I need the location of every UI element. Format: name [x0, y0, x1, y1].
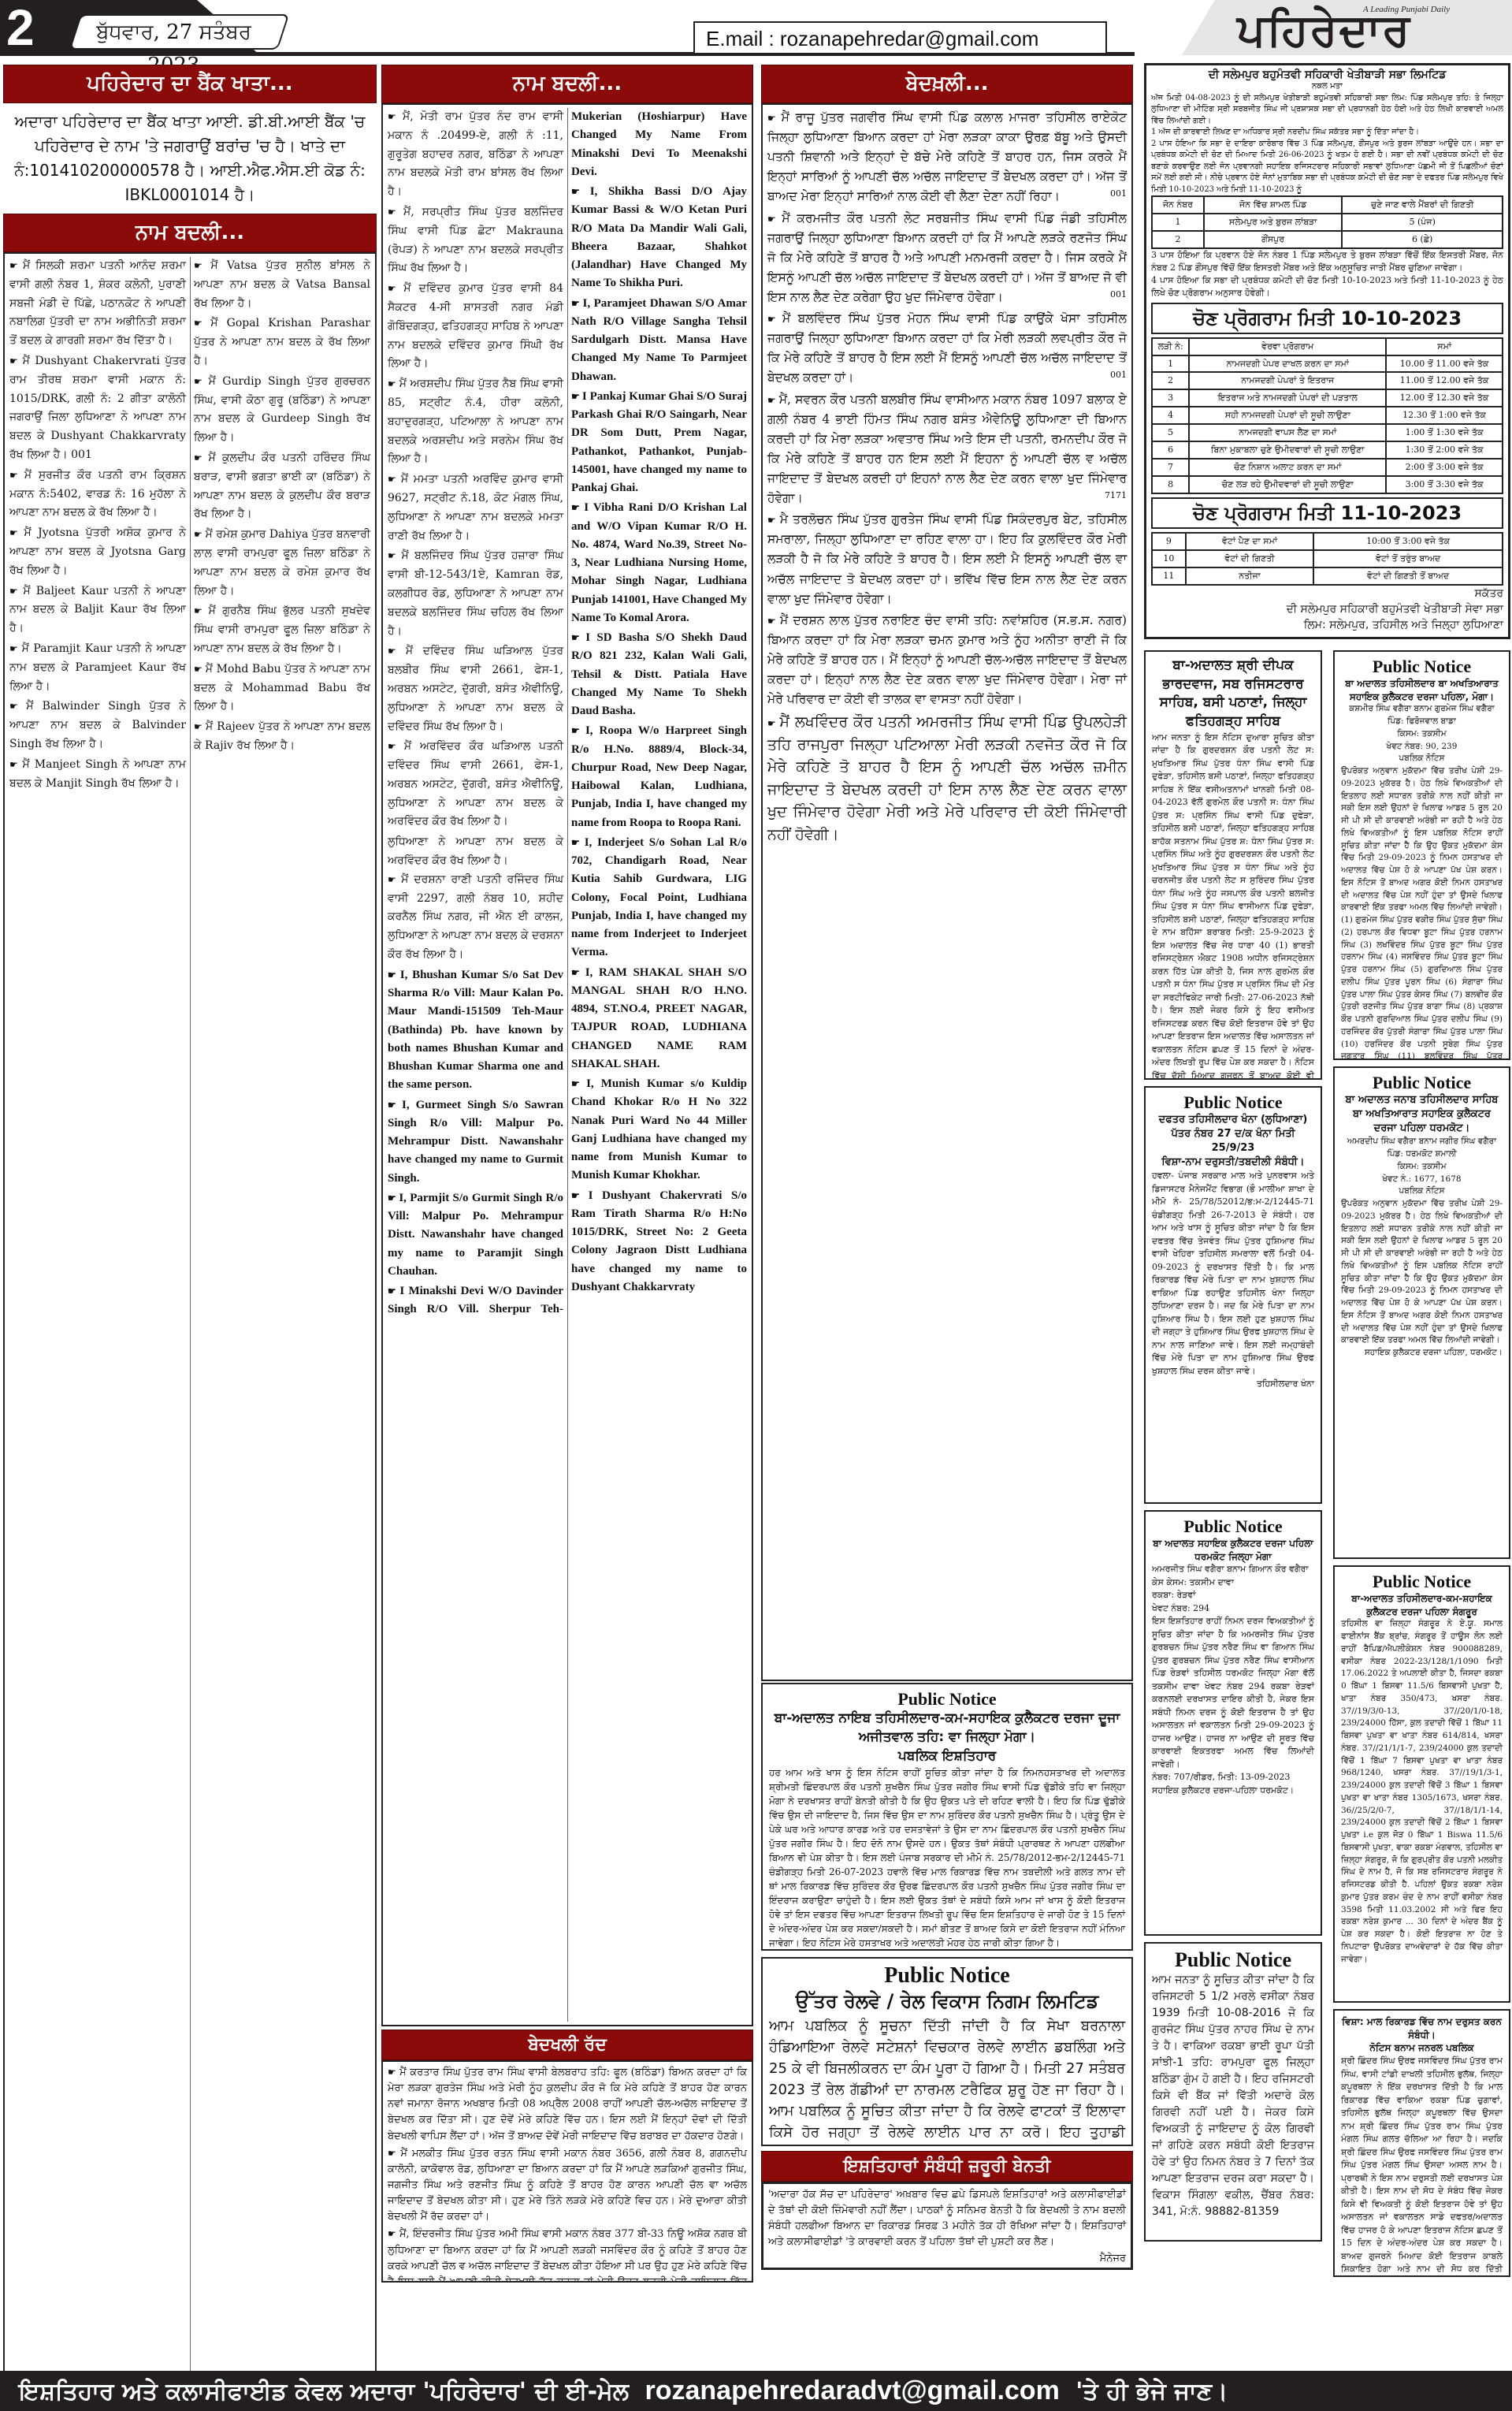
notice-case: ਅਮਰਜੀਤ ਸਿੰਘ ਵਗੈਰਾ ਬਨਾਮ ਗਿਆਨ ਕੌਰ ਵਗੈਰਾ — [1152, 1563, 1314, 1576]
list-item: ਮੈਂ ਮਮਤਾ ਪਤਨੀ ਅਰਵਿੰਦ ਕੁਮਾਰ ਵਾਸੀ 9627, ਸਟ… — [388, 471, 563, 545]
list-item: ਮੈਂ ਅਰਵਿੰਦਰ ਕੌਰ ਘੜਿਆਲ ਪਤਨੀ ਦਵਿੰਦਰ ਸਿੰਘ ਵ… — [388, 738, 563, 832]
list-item: ਮੈਂ ਦਰਸ਼ਨ ਲਾਲ ਪੁੱਤਰ ਨਰਾਇਣ ਚੰਦ ਵਾਸੀ ਤਹਿ: … — [767, 611, 1127, 710]
notice-body: ਇਸ ਇਸ਼ਤਿਹਾਰ ਰਾਹੀਂ ਨਿਮਨ ਦਰਜ ਵਿਅਕਤੀਆਂ ਨੂੰ … — [1152, 1615, 1314, 1771]
cooperative-sign: ਸਕੱਤਰ — [1151, 586, 1503, 601]
notice-heading: ਪਬਲਿਕ ਇਸ਼ਤਿਹਾਰ — [769, 1747, 1125, 1766]
notice-body: ਹਰ ਆਮ ਅਤੇ ਖਾਸ ਨੂੰ ਇਸ ਨੋਟਿਸ ਰਾਹੀਂ ਸੂਚਿਤ ਕ… — [769, 1765, 1125, 1950]
list-item-english: I, Shikha Bassi D/O Ajay Kumar Bassi & W… — [571, 183, 747, 293]
notice-case: ਕਸ਼ਮੀਰ ਸਿੰਘ ਵਗੈਰਾ ਬਨਾਮ ਗੁਰਮੇਜ ਸਿੰਘ ਵਗੈਰਾ — [1341, 703, 1503, 716]
notice-title: Public Notice — [769, 1689, 1125, 1710]
cooperative-notice: ਦੀ ਸਲੇਮਪੁਰ ਬਹੁਮੰਤਵੀ ਸਹਿਕਾਰੀ ਖੇਤੀਬਾੜੀ ਸਭਾ… — [1144, 63, 1510, 639]
program-title-1: ਚੋਣ ਪ੍ਰੋਗਰਾਮ ਮਿਤੀ 10-10-2023 — [1151, 303, 1503, 334]
notice-type: ਕੇਸ ਕੇਸਮ: ਤਕਸੀਮ ਦਾਵਾ — [1152, 1576, 1314, 1590]
newspaper-tagline: A Leading Punjabi Daily — [1363, 5, 1450, 14]
list-item: ਮੈਂ ਕੁਲਦੀਪ ਕੌਰ ਪਤਨੀ ਹਰਿੰਦਰ ਸਿੰਘ ਬਰਾੜ, ਵਾ… — [194, 449, 370, 524]
notice-sangrur: Public Notice ਬਾ-ਅਦਾਲਤ ਤਹਿਸੀਲਦਾਰ-ਕਮ-ਸ਼ਹਾ… — [1333, 1565, 1510, 2003]
notice-type: ਕਿਸਮ: ਤਕਸੀਮ — [1341, 728, 1503, 741]
disclaimer-header: ਇਸ਼ਤਿਹਾਰਾਂ ਸੰਬੰਧੀ ਜ਼ਰੂਰੀ ਬੇਨਤੀ — [761, 2151, 1133, 2182]
notice-body: ਆਮ ਜਨਤਾ ਨੂੰ ਸੂਚਿਤ ਕੀਤਾ ਜਾਂਦਾ ਹੈ ਕਿ ਰਜਿਸਟ… — [1152, 1972, 1314, 2220]
notice-title: Public Notice — [1341, 657, 1503, 677]
list-item: ਮੈਂ Balwinder Singh ਪੁੱਤਰ ਨੇ ਆਪਣਾ ਨਾਮ ਬਦ… — [9, 698, 186, 753]
notice-title: Public Notice — [769, 1963, 1125, 1989]
name-change-header-2: ਨਾਮ ਬਦਲੀ... — [381, 65, 753, 103]
list-item-english: I, Gurmeet Singh S/o Sawran Singh R/o Vi… — [388, 1096, 563, 1188]
notice-subtitle: ਬਾ ਅਦਾਲਤ ਜਨਾਬ ਤਹਿਸੀਲਦਾਰ ਸਾਹਿਬ ਬਾ ਅਖਤਿਆਰਾ… — [1341, 1093, 1503, 1137]
program-title-2: ਚੋਣ ਪ੍ਰੋਗਰਾਮ ਮਿਤੀ 11-10-2023 — [1151, 497, 1503, 529]
list-item: ਮੈਂ ਅਰਸ਼ਦੀਪ ਸਿੰਘ ਪੁੱਤਰ ਨੈਬ ਸਿੰਘ ਵਾਸੀ 85,… — [388, 375, 563, 469]
notice-area: ਰਕਬਾ: ਰੇੜਵਾਂ — [1152, 1589, 1314, 1602]
notice-title: Public Notice — [1152, 1516, 1314, 1537]
list-item: ਮੈਂ ਦਵਿੰਦਰ ਕੁਮਾਰ ਪੁੱਤਰ ਵਾਸੀ 84 ਸੈਕਟਰ 4-ਸ… — [388, 280, 563, 374]
notice-type: ਕਿਸਮ: ਤਕਸੀਮ — [1341, 1161, 1503, 1174]
list-item: ਮੈਂ ਬਲਵਿੰਦਰ ਸਿੰਘ ਪੁੱਤਰ ਮੋਹਨ ਸਿੰਘ ਵਾਸੀ ਪਿ… — [767, 309, 1127, 388]
list-item: ਮੈਂ ਕਰਮਜੀਤ ਕੌਰ ਪਤਨੀ ਲੇਟ ਸਰਬਜੀਤ ਸਿੰਘ ਵਾਸੀ… — [767, 209, 1127, 308]
ad-code: 001 — [1110, 368, 1127, 382]
notice-title: Public Notice — [1341, 1572, 1503, 1592]
table-row: 8ਚੋਣ ਲੜ ਰਹੇ ਉਮੀਦਵਾਰਾਂ ਦੀ ਸੂਚੀ ਲਾਉਣਾ3:00 … — [1152, 476, 1503, 493]
cancellation-header: ਬੇਦਖਲੀ ਰੱਦ — [381, 2030, 753, 2060]
list-item: ਮੈਂ ਸੁਰਜੀਤ ਕੌਰ ਪਤਨੀ ਰਾਮ ਕ੍ਰਿਸ਼ਨ ਮਕਾਨ ਨੰ:… — [9, 467, 186, 523]
table-row: 4ਸਹੀ ਨਾਮਜਦਗੀ ਪੇਪਰਾਂ ਦੀ ਸੂਚੀ ਲਾਉਣਾ12.30 ਤ… — [1152, 407, 1503, 424]
notice-sign: ਤਹਿਸੀਲਦਾਰ ਖੰਨਾ — [1152, 1378, 1314, 1391]
date-banner: ਬੁੱਧਵਾਰ, 27 ਸਤੰਬਰ 2023 — [69, 14, 290, 50]
footer-banner: ਇਸ਼ਤਿਹਾਰ ਅਤੇ ਕਲਾਸੀਫਾਈਡ ਕੇਵਲ ਅਦਾਰਾ 'ਪਹਿਰੇ… — [0, 2371, 1512, 2411]
list-item: ਮੈ ਤਰਲੋਚਨ ਸਿੰਘ ਪੁੱਤਰ ਗੁਰਤੇਜ ਸਿੰਘ ਵਾਸੀ ਪਿ… — [767, 510, 1127, 609]
notice-village: ਪਿੰਡ: ਧਰਮਕੋਟ ਸ਼ਮਾਲੀ — [1341, 1148, 1503, 1161]
list-item-english: I, Munish Kumar s/o Kuldip Chand Khokar … — [571, 1075, 747, 1185]
notice-subject: ਵਿਸ਼ਾ-ਨਾਮ ਦਰੁਸਤੀ/ਤਬਦੀਲੀ ਸੰਬੰਧੀ। — [1152, 1155, 1314, 1170]
list-item: ਮੈਂ ਕਰਤਾਰ ਸਿੰਘ ਪੁੱਤਰ ਰਾਮ ਸਿੰਘ ਵਾਸੀ ਬੇਲਬਰ… — [388, 2065, 747, 2145]
cooperative-intro: ਅੱਜ ਮਿਤੀ 04-08-2023 ਨੂੰ ਦੀ ਸਲੇਮਪੁਰ ਖੇਤੀਬ… — [1151, 93, 1503, 128]
notice-heading: ਨੋਟਿਸ ਬਨਾਮ ਜਨਰਲ ਪਬਲਿਕ — [1341, 2041, 1503, 2055]
table-header-row: ਜੋਨ ਨੰਬਰ ਜੋਨ ਵਿੱਚ ਸ਼ਾਮਲ ਪਿੰਡ ਚੁਣੇ ਜਾਣ ਵਾ… — [1152, 196, 1503, 214]
ad-code: 001 — [1110, 187, 1127, 201]
bank-account-text: ਅਦਾਰਾ ਪਹਿਰੇਦਾਰ ਦਾ ਬੈਂਕ ਖਾਤਾ ਆਈ. ਡੀ.ਬੀ.ਆਈ… — [3, 103, 377, 214]
notice-ajitwal: Public Notice ਬਾ-ਅਦਾਲਤ ਨਾਇਬ ਤਹਿਸੀਲਦਾਰ-ਕਮ… — [761, 1683, 1133, 1951]
notice-title: ਬਾ-ਅਦਾਲਤ ਸ਼੍ਰੀ ਦੀਪਕ ਭਾਰਦਵਾਜ, ਸਬ ਰਜਿਸਟਰਾਰ… — [1152, 657, 1314, 731]
list-item-english: I Vibha Rani D/O Krishan Lal and W/O Vip… — [571, 499, 747, 627]
list-item: ਮੈਂ Jyotsna ਪੁੱਤਰੀ ਅਸ਼ੋਕ ਕੁਮਾਰ ਨੇ ਆਪਣਾ ਨ… — [9, 524, 186, 580]
notice-dharamkot: Public Notice ਬਾ ਅਦਾਲਤ ਜਨਾਬ ਤਹਿਸੀਲਦਾਰ ਸਾ… — [1333, 1066, 1510, 1559]
column-bank-name-change: ਪਹਿਰੇਦਾਰ ਦਾ ਬੈਂਕ ਖਾਤਾ... ਅਦਾਰਾ ਪਹਿਰੇਦਾਰ … — [3, 65, 377, 2400]
list-item-english: I, Bhushan Kumar S/o Sat Dev Sharma R/o … — [388, 966, 563, 1095]
footer-text-end: 'ਤੇ ਹੀ ਭੇਜੇ ਜਾਣ। — [1075, 2378, 1228, 2405]
notice-rorewan: Public Notice ਬਾ ਅਦਾਲਤ ਸਹਾਇਕ ਕੁਲੈਕਟਰ ਦਰਜ… — [1144, 1510, 1322, 1936]
notice-subtitle: ਉੱਤਰ ਰੇਲਵੇ / ਰੇਲ ਵਿਕਾਸ ਨਿਗਮ ਲਿਮਟਿਡ — [769, 1989, 1125, 2015]
notice-body: ਉਪਰੋਕਤ ਅਨੁਵਾਨ ਮੁਕੱਦਮਾ ਵਿੱਚ ਤਰੀਖ ਪੇਸ਼ੀ 29… — [1341, 765, 1503, 1060]
list-item: ਮੈਂ ਮਲਕੀਤ ਸਿੰਘ ਪੁੱਤਰ ਰਤਨ ਸਿੰਘ ਵਾਸੀ ਮਕਾਨ … — [388, 2146, 747, 2226]
notice-body: ਤਹਿਸੀਲ ਵਾ ਜ਼ਿਲ੍ਹਾ ਸੰਗਰੂਰ ਨੇ ਏ.ਯੂ. ਸਮਾਲ ਫ… — [1341, 1618, 1503, 1966]
footer-email[interactable]: rozanapehredaradvt@gmail.com — [645, 2376, 1060, 2405]
program-table-2: 9ਵੋਟਾਂ ਪੈਣ ਦਾ ਸਮਾਂ10:00 ਤੋਂ 3:00 ਵਜੇ ਤੱਕ… — [1151, 532, 1503, 586]
masthead-email[interactable]: E.mail : rozanapehredar@gmail.com — [693, 21, 1107, 54]
disclaimer-body: 'ਅਦਾਰਾ ਹੱਕ ਸੱਚ ਦਾ ਪਹਿਰੇਦਾਰ' ਅਖ਼ਬਾਰ ਵਿਚ ਛ… — [768, 2187, 1126, 2251]
footer-text: ਇਸ਼ਤਿਹਾਰ ਅਤੇ ਕਲਾਸੀਫਾਈਡ ਕੇਵਲ ਅਦਾਰਾ 'ਪਹਿਰੇ… — [19, 2378, 629, 2405]
list-item: ਮੈਂ Gurdip Singh ਪੁੱਤਰ ਗੁਰਚਰਨ ਸਿੰਘ, ਵਾਸੀ… — [194, 373, 370, 448]
notice-ref: ਨੰਬਰ: 707/ਰੀਡਰ, ਮਿਤੀ: 13-09-2023 — [1152, 1771, 1314, 1784]
disclaimer-sign: ਮੈਨੇਜਰ — [768, 2251, 1126, 2267]
zone-table: ਜੋਨ ਨੰਬਰ ਜੋਨ ਵਿੱਚ ਸ਼ਾਮਲ ਪਿੰਡ ਚੁਣੇ ਜਾਣ ਵਾ… — [1151, 195, 1503, 249]
notice-subtitle: ਬਾ-ਅਦਾਲਤ ਤਹਿਸੀਲਦਾਰ-ਕਮ-ਸ਼ਹਾਇਕ ਕੁਲੈਕਟਰ ਦਰਜ… — [1341, 1592, 1503, 1619]
notice-letter: ਪੱਤਰ ਨੰਬਰ 27 ਦ/ਕ ਖੰਨਾ ਮਿਤੀ 25/9/23 — [1152, 1127, 1314, 1155]
notice-subtitle: ਬਾ-ਅਦਾਲਤ ਨਾਇਬ ਤਹਿਸੀਲਦਾਰ-ਕਮ-ਸਹਾਇਕ ਕੁਲੈਕਟਰ… — [769, 1710, 1125, 1747]
program-table-1: ਲੜੀ ਨੰ: ਵੇਰਵਾ ਪ੍ਰੋਗਰਾਮ ਸਮਾਂ 1ਨਾਮਜਦਗੀ ਪੇਪ… — [1151, 337, 1503, 494]
notice-moga: Public Notice ਬਾ ਅਦਾਲਤ ਤਹਿਸੀਲਦਾਰ ਬਾ ਅਖਤਿ… — [1333, 650, 1510, 1060]
list-item: ਮੈਂ, ਸਰਪ੍ਰੀਤ ਸਿੰਘ ਪੁੱਤਰ ਬਲਜਿੰਦਰ ਸਿੰਘ ਵਾਸ… — [388, 203, 563, 278]
notice-kapurthala: ਵਿਸ਼ਾ: ਮਾਲ ਰਿਕਾਰਡ ਵਿੱਚ ਨਾਮ ਦਰੁਸਤ ਕਰਨ ਸੰਬ… — [1333, 2009, 1510, 2277]
name-change-list-2: ਮੈਂ, ਮੋਤੀ ਰਾਮ ਪੁੱਤਰ ਨੰਦ ਰਾਮ ਵਾਸੀ ਮਕਾਨ ਨੰ… — [381, 103, 753, 2026]
notice-ref: ਨੰ: 278/ਰੀਡਰ, ਮਿਤੀ: 25-09-2023 — [769, 1950, 1125, 1951]
column-name-change: ਨਾਮ ਬਦਲੀ... ਮੈਂ, ਮੋਤੀ ਰਾਮ ਪੁੱਤਰ ਨੰਦ ਰਾਮ … — [381, 65, 753, 2283]
disinheritance-header: ਬੇਦਖ਼ਲੀ... — [761, 65, 1133, 103]
list-item-english: I SD Basha S/O Shekh Daud R/O 821 232, K… — [571, 629, 747, 720]
notice-sign: ਸਹਾਇਕ ਕੁਲੈਕਟਰ ਦਰਜਾ ਪਹਿਲਾ, ਧਰਮਕੋਟ। — [1341, 1347, 1503, 1360]
notice-sign: ਸਹਾਇਕ ਕੁਲੈਕਟਰ ਦਰਜਾ-ਪਹਿਲਾ ਧਰਮਕੋਟ। — [1152, 1784, 1314, 1798]
notice-title: Public Notice — [1152, 1092, 1314, 1113]
disclaimer-box: 'ਅਦਾਰਾ ਹੱਕ ਸੱਚ ਦਾ ਪਹਿਰੇਦਾਰ' ਅਖ਼ਬਾਰ ਵਿਚ ਛ… — [761, 2182, 1133, 2270]
name-change-list-1: ਮੈਂ ਸਿਲਕੀ ਸ਼ਰਮਾ ਪਤਨੀ ਆਨੰਦ ਸ਼ਰਮਾ ਵਾਸੀ ਗਲੀ… — [3, 252, 377, 2400]
cooperative-sign: ਲਿਮ: ਸਲੇਮਪੁਰ, ਤਹਿਸੀਲ ਅਤੇ ਜਿਲ੍ਹਾ ਲੁਧਿਆਣਾ — [1151, 617, 1503, 633]
column-disinheritance: ਬੇਦਖ਼ਲੀ... ਮੈਂ ਰਾਜੂ ਪੁੱਤਰ ਜਗਵੀਰ ਸਿੰਘ ਵਾਸ… — [761, 65, 1133, 2270]
notice-khewat: ਖੇਵਟ ਨੰਬਰ: 294 — [1152, 1602, 1314, 1616]
notice-village: ਪਿੰਡ: ਫਿਰੋਜਵਾਲ ਬਾਡਾ — [1341, 716, 1503, 728]
list-item-english: I, RAM SHAKAL SHAH S/O MANGAL SHAH R/O H… — [571, 964, 747, 1074]
list-item: ਮੈਂ Dushyant Chakervrati ਪੁੱਤਰ ਰਾਮ ਤੀਰਥ … — [9, 352, 186, 465]
table-row: 11ਨਤੀਜਾਵੋਟਾਂ ਦੀ ਗਿਣਤੀ ਤੋਂ ਬਾਅਦ — [1152, 567, 1503, 585]
list-item-english: I, Roopa W/o Harpreet Singh R/o H.No. 88… — [571, 722, 747, 832]
list-item: ਲੁਧਿਆਣਾ ਨੇ ਆਪਣਾ ਨਾਮ ਬਦਲ ਕੇ ਅਰਵਿੰਦਰ ਕੌਰ ਰ… — [388, 833, 563, 871]
notice-body: ਆਮ ਜਨਤਾ ਨੂੰ ਇਸ ਨੋਟਿਸ ਦੁਆਰਾ ਸੂਚਿਤ ਕੀਤਾ ਜਾ… — [1152, 731, 1314, 1080]
cooperative-subtitle: ਨਕਲ ਮਤਾ — [1151, 81, 1503, 93]
table-row: 2ਨਾਮਜਦਗੀ ਪੇਪਰਾਂ ਤੇ ਇਤਰਾਜ11.00 ਤੋਂ 12.00 … — [1152, 372, 1503, 389]
notice-bassi-pathana: ਬਾ-ਅਦਾਲਤ ਸ਼੍ਰੀ ਦੀਪਕ ਭਾਰਦਵਾਜ, ਸਬ ਰਜਿਸਟਰਾਰ… — [1144, 650, 1322, 1080]
list-item: ਮੈਂ ਰਾਜੂ ਪੁੱਤਰ ਜਗਵੀਰ ਸਿੰਘ ਵਾਸੀ ਪਿੰਡ ਕਲਾਲ… — [767, 108, 1127, 207]
notice-title: Public Notice — [1152, 1948, 1314, 1972]
list-item-english: I, Paramjeet Dhawan S/O Amar Nath R/O Vi… — [571, 295, 747, 386]
notice-subtitle: ਦਫਤਰ ਤਹਿਸੀਲਦਾਰ ਖੰਨਾ (ਲੁਧਿਆਣਾ) — [1152, 1113, 1314, 1127]
list-item: ਮੈਂ Baljeet Kaur ਪਤਨੀ ਨੇ ਆਪਣਾ ਨਾਮ ਬਦਲ ਕੇ… — [9, 582, 186, 638]
list-item: ਮੈਂ Mohd Babu ਪੁੱਤਰ ਨੇ ਆਪਣਾ ਨਾਮ ਬਦਲ ਕੇ M… — [194, 660, 370, 716]
notice-khanna: Public Notice ਦਫਤਰ ਤਹਿਸੀਲਦਾਰ ਖੰਨਾ (ਲੁਧਿਆ… — [1144, 1086, 1322, 1504]
disinheritance-list: ਮੈਂ ਰਾਜੂ ਪੁੱਤਰ ਜਗਵੀਰ ਸਿੰਘ ਵਾਸੀ ਪਿੰਡ ਕਲਾਲ… — [761, 103, 1133, 1681]
list-item: ਮੈਂ Paramjit Kaur ਪਤਨੀ ਨੇ ਆਪਣਾ ਨਾਮ ਬਦਲ ਕ… — [9, 640, 186, 696]
notice-body: ਹਵਲਾ- ਪੰਜਾਬ ਸਰਕਾਰ ਮਾਲ ਅਤੇ ਪੁਨਰਵਾਸ ਅਤੇ ਡਿ… — [1152, 1170, 1314, 1378]
cancellation-list: ਮੈਂ ਕਰਤਾਰ ਸਿੰਘ ਪੁੱਤਰ ਰਾਮ ਸਿੰਘ ਵਾਸੀ ਬੇਲਬਰ… — [381, 2060, 753, 2283]
list-item: ਮੈਂ, ਇੰਦਰਜੀਤ ਸਿੰਘ ਪੁੱਤਰ ਅਮੀ ਸਿੰਘ ਵਾਸੀ ਮਕ… — [388, 2227, 747, 2283]
ad-code: 001 — [1110, 288, 1127, 302]
notice-heading: ਪਬਲਿਕ ਨੋਟਿਸ — [1341, 753, 1503, 765]
notice-subtitle: ਬਾ ਅਦਾਲਤ ਸਹਾਇਕ ਕੁਲੈਕਟਰ ਦਰਜਾ ਪਹਿਲਾ ਧਰਮਕੋਟ… — [1152, 1537, 1314, 1564]
notice-column-left: ਬਾ-ਅਦਾਲਤ ਸ਼੍ਰੀ ਦੀਪਕ ਭਾਰਦਵਾਜ, ਸਬ ਰਜਿਸਟਰਾਰ… — [1144, 644, 1322, 2277]
list-item: ਮੈਂ Gopal Krishan Parashar ਪੁੱਤਰ ਨੇ ਆਪਣਾ… — [194, 314, 370, 370]
table-row: 2 ਗੌਂਸਪੁਰ 6 (ਛੇ) — [1152, 231, 1503, 248]
list-item-english: I Pankaj Kumar Ghai S/O Suraj Parkash Gh… — [571, 388, 747, 498]
list-item: ਮੈਂ, ਸਵਰਨ ਕੌਰ ਪਤਨੀ ਬਲਬੀਰ ਸਿੰਘ ਵਾਸੀਆਨ ਮਕਾ… — [767, 390, 1127, 509]
list-item: ਮੈਂ ਬਲਜਿੰਦਰ ਸਿੰਘ ਪੁੱਤਰ ਹਜ਼ਾਰਾ ਸਿੰਘ ਵਾਸੀ … — [388, 547, 563, 641]
cooperative-title: ਦੀ ਸਲੇਮਪੁਰ ਬਹੁਮੰਤਵੀ ਸਹਿਕਾਰੀ ਖੇਤੀਬਾੜੀ ਸਭਾ… — [1151, 69, 1503, 81]
list-item-english: I, Parmjit S/o Gurmit Singh R/o Vill: Ma… — [388, 1189, 563, 1281]
list-item: ਮੈਂ ਲਖਵਿੰਦਰ ਕੌਰ ਪਤਨੀ ਅਮਰਜੀਤ ਸਿੰਘ ਵਾਸੀ ਪਿ… — [767, 711, 1127, 846]
cooperative-point: 3 ਪਾਸ ਹੋਇਆ ਕਿ ਪ੍ਰਵਾਨ ਹੋਏ ਜੋਨ ਨੰਬਰ 1 ਪਿੰਡ… — [1151, 249, 1503, 274]
table-row: 1ਨਾਮਜਦਗੀ ਪੇਪਰ ਦਾਖਲ ਕਰਨ ਦਾ ਸਮਾਂ10.00 ਤੋਂ … — [1152, 355, 1503, 373]
list-item: ਮੈਂ, ਮੋਤੀ ਰਾਮ ਪੁੱਤਰ ਨੰਦ ਰਾਮ ਵਾਸੀ ਮਕਾਨ ਨੰ… — [388, 108, 563, 202]
notice-rampura: Public Notice ਆਮ ਜਨਤਾ ਨੂੰ ਸੂਚਿਤ ਕੀਤਾ ਜਾਂ… — [1144, 1942, 1322, 2242]
bank-account-header: ਪਹਿਰੇਦਾਰ ਦਾ ਬੈਂਕ ਖਾਤਾ... — [3, 65, 377, 103]
notice-khewat: ਖੇਵਟ ਨੰਬਰ: 90, 239 — [1341, 741, 1503, 753]
cooperative-point: 4 ਪਾਸ ਹੋਇਆ ਕਿ ਸਭਾ ਦੀ ਪ੍ਰਬੰਧਕ ਕਮੇਟੀ ਦੀ ਚੋ… — [1151, 274, 1503, 300]
cooperative-sign: ਦੀ ਸਲੇਮਪੁਰ ਸਹਿਕਾਰੀ ਬਹੁਮੰਤਵੀ ਖੇਤੀਬਾੜੀ ਸੇਵ… — [1151, 601, 1503, 617]
notice-subtitle: ਬਾ ਅਦਾਲਤ ਤਹਿਸੀਲਦਾਰ ਬਾ ਅਖਤਿਆਰਾਤ ਸਹਾਇਕ ਕੁਲ… — [1341, 677, 1503, 704]
table-row: 3ਇਤਰਾਜ ਅਤੇ ਨਾਮਜਦਗੀ ਪੇਪਰਾਂ ਦੀ ਪੜਤਾਲ12.00 … — [1152, 389, 1503, 407]
ad-code: 7171 — [1105, 489, 1127, 503]
list-item: ਮੈਂ ਗੁਰਨੈਬ ਸਿੰਘ ਭੁੱਲਰ ਪਤਨੀ ਸੁਖਦੇਵ ਸਿੰਘ ਵ… — [194, 602, 370, 658]
cooperative-point: 2 ਪਾਸ ਹੋਇਆ ਕਿ ਸਭਾ ਦੇ ਦਾਇਰਾ ਕਾਰੋਬਾਰ ਵਿੱਚ … — [1151, 139, 1503, 196]
list-item-english: I Dushyant Chakervrati S/o Ram Tirath Sh… — [571, 1187, 747, 1297]
notice-body: ਆਮ ਪਬਲਿਕ ਨੂੰ ਸੂਚਨਾ ਦਿੱਤੀ ਜਾਂਦੀ ਹੈ ਕਿ ਸੇਖ… — [769, 2015, 1125, 2146]
column-public-notices: ਦੀ ਸਲੇਮਪੁਰ ਬਹੁਮੰਤਵੀ ਸਹਿਕਾਰੀ ਖੇਤੀਬਾੜੀ ਸਭਾ… — [1144, 63, 1510, 2277]
list-item: ਮੈਂ Vatsa ਪੁੱਤਰ ਸੁਨੀਲ ਬਾਂਸਲ ਨੇ ਆਪਣਾ ਨਾਮ … — [194, 257, 370, 313]
list-item-english: I, Inderjeet S/o Sohan Lal R/o 702, Chan… — [571, 834, 747, 962]
table-row: 6ਬਿਨਾ ਮੁਕਾਬਲਾ ਚੁਣੇ ਉਮੀਦਵਾਰਾਂ ਦੀ ਸੂਚੀ ਲਾਉ… — [1152, 441, 1503, 459]
table-header-row: ਲੜੀ ਨੰ: ਵੇਰਵਾ ਪ੍ਰੋਗਰਾਮ ਸਮਾਂ — [1152, 338, 1503, 355]
list-item: ਮੈਂ ਦਰਸ਼ਨਾ ਰਾਣੀ ਪਤਨੀ ਰਜਿੰਦਰ ਸਿੰਘ ਵਾਸੀ 22… — [388, 871, 563, 965]
list-item: ਮੈਂ ਦਵਿੰਦਰ ਸਿੰਘ ਘੜਿਆਲ ਪੁੱਤਰ ਬਲਬੀਰ ਸਿੰਘ ਵ… — [388, 642, 563, 736]
notice-heading: ਪਬਲਿਕ ਨੋਟਿਸ — [1341, 1185, 1503, 1198]
notice-grid: ਬਾ-ਅਦਾਲਤ ਸ਼੍ਰੀ ਦੀਪਕ ਭਾਰਦਵਾਜ, ਸਬ ਰਜਿਸਟਰਾਰ… — [1144, 644, 1510, 2277]
cooperative-point: 1 ਅੱਜ ਦੀ ਕਾਰਵਾਈ ਲਿਖਣ ਦਾ ਅਧਿਕਾਰ ਸ੍ਰੀ ਨਰਦੀ… — [1151, 127, 1503, 139]
notice-khewat: ਖੇਵਟ ਨੰ.: 1677, 1678 — [1341, 1174, 1503, 1186]
list-item: ਮੈਂ Rajeev ਪੁੱਤਰ ਨੇ ਆਪਣਾ ਨਾਮ ਬਦਲ ਕੇ Raji… — [194, 718, 370, 756]
masthead: 2 ਬੁੱਧਵਾਰ, 27 ਸਤੰਬਰ 2023 E.mail : rozana… — [0, 0, 1512, 63]
notice-case: ਅਮਰਦੀਪ ਸਿੰਘ ਵਗੈਰਾ ਬਨਾਮ ਜਗੀਰ ਸਿੰਘ ਵਗੈਰਾ — [1341, 1136, 1503, 1148]
table-row: 10ਵੋਟਾਂ ਦੀ ਗਿਣਤੀਵੋਟਾਂ ਤੋਂ ਤਰੁੰਤ ਬਾਅਦ — [1152, 550, 1503, 567]
notice-subtitle: ਵਿਸ਼ਾ: ਮਾਲ ਰਿਕਾਰਡ ਵਿੱਚ ਨਾਮ ਦਰੁਸਤ ਕਰਨ ਸੰਬ… — [1341, 2015, 1503, 2042]
notice-body: ਉਪਰੋਕਤ ਅਨੁਵਾਨ ਮੁਕੱਦਮਾ ਵਿੱਚ ਤਰੀਖ ਪੇਸ਼ੀ 29… — [1341, 1198, 1503, 1347]
notice-railway: Public Notice ਉੱਤਰ ਰੇਲਵੇ / ਰੇਲ ਵਿਕਾਸ ਨਿਗ… — [761, 1957, 1133, 2146]
list-item: ਮੈਂ Manjeet Singh ਨੇ ਆਪਣਾ ਨਾਮ ਬਦਲ ਕੇ Man… — [9, 756, 186, 794]
notice-body: ਸ਼੍ਰੀ ਛਿੰਦਰ ਸਿੰਘ ਉਰਫ ਜਸਵਿੰਦਰ ਸਿੰਘ ਪੁੱਤਰ … — [1341, 2055, 1503, 2277]
table-row: 7ਚੋਣ ਨਿਸ਼ਾਨ ਅਲਾਟ ਕਰਨ ਦਾ ਸਮਾਂ2:00 ਤੋਂ 3:0… — [1152, 459, 1503, 476]
list-item: ਮੈਂ ਸਿਲਕੀ ਸ਼ਰਮਾ ਪਤਨੀ ਆਨੰਦ ਸ਼ਰਮਾ ਵਾਸੀ ਗਲੀ… — [9, 257, 186, 351]
notice-title: Public Notice — [1341, 1073, 1503, 1093]
table-row: 9ਵੋਟਾਂ ਪੈਣ ਦਾ ਸਮਾਂ10:00 ਤੋਂ 3:00 ਵਜੇ ਤੱਕ — [1152, 533, 1503, 550]
table-row: 5ਨਾਮਜਦਗੀ ਵਾਪਸ ਲੈਣ ਦਾ ਸਮਾਂ1:00 ਤੋਂ 1:30 ਵ… — [1152, 424, 1503, 441]
table-row: 1 ਸਲੇਮਪੁਰ ਅਤੇ ਬੁਰਜ ਲਾਂਬੜਾ 5 (ਪੰਜ) — [1152, 214, 1503, 231]
name-change-header-1: ਨਾਮ ਬਦਲੀ... — [3, 214, 377, 252]
list-item: ਮੈਂ ਰਮੇਸ਼ ਕੁਮਾਰ Dahiya ਪੁੱਤਰ ਬਨਵਾਰੀ ਲਾਲ … — [194, 526, 370, 601]
notice-column-right: Public Notice ਬਾ ਅਦਾਲਤ ਤਹਿਸੀਲਦਾਰ ਬਾ ਅਖਤਿ… — [1333, 644, 1510, 2277]
